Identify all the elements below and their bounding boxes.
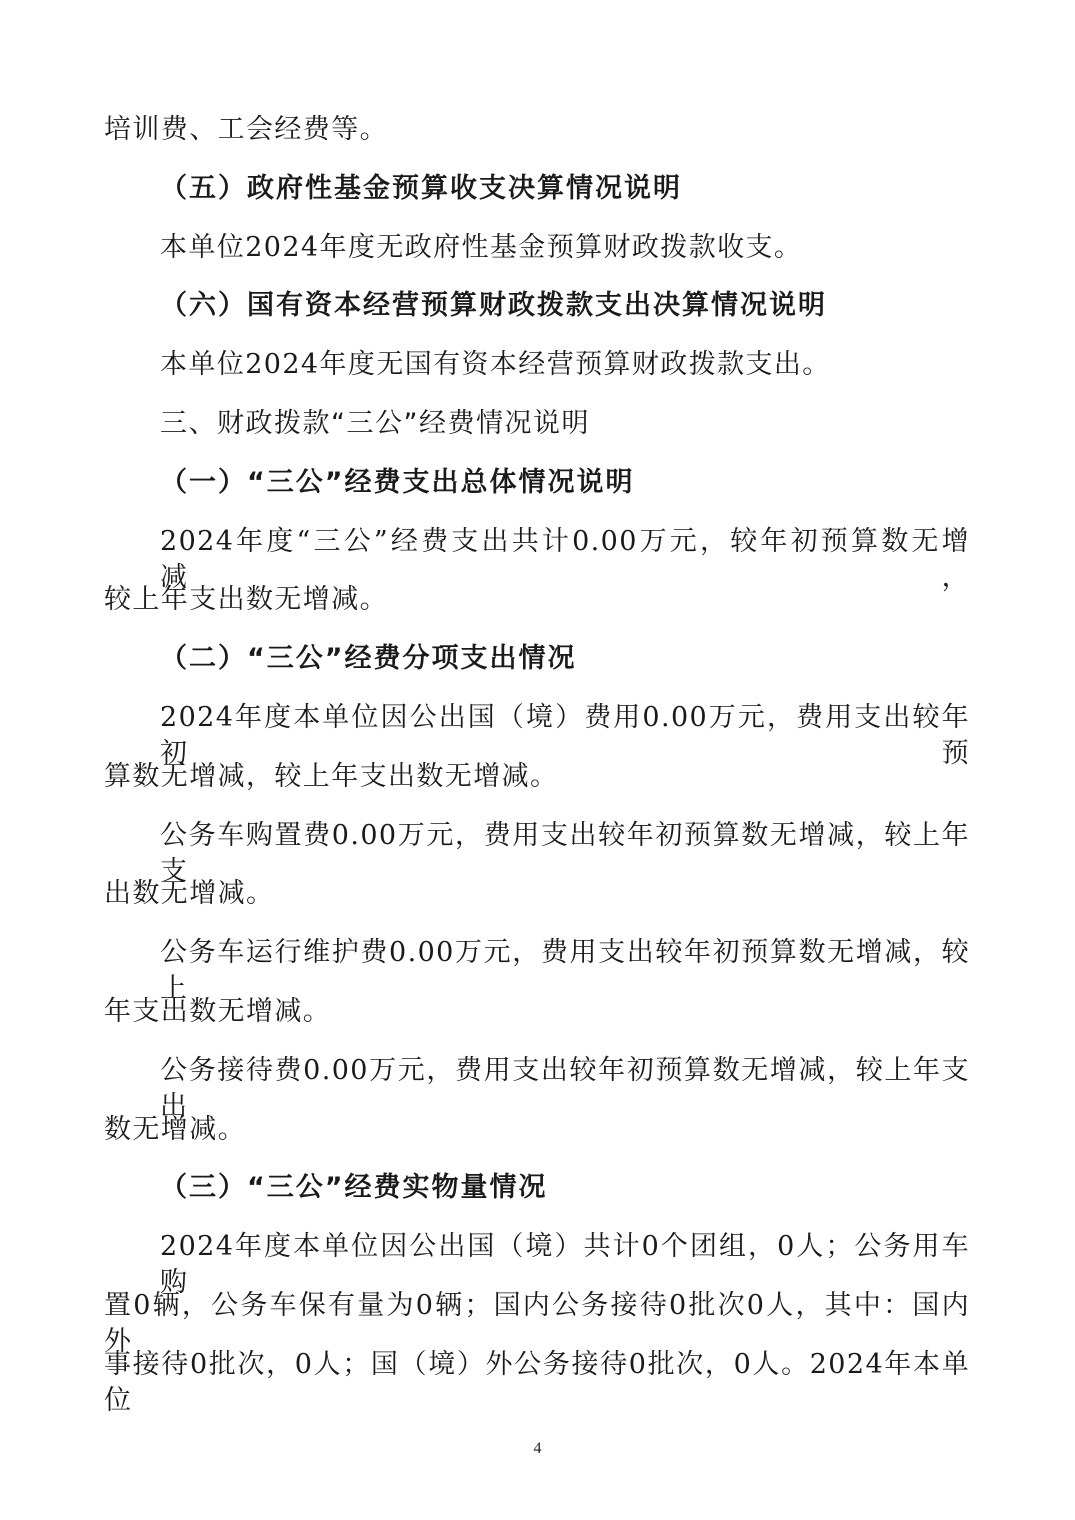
subheading-overall-expenses: （一）“三公”经费支出总体情况说明 bbox=[160, 465, 970, 501]
subheading-itemized-expenses: （二）“三公”经费分项支出情况 bbox=[160, 641, 970, 677]
body-text-overseas-travel-cont: 算数无增减，较上年支出数无增减。 bbox=[104, 759, 970, 795]
body-text-vehicle-operation-cont: 年支出数无增减。 bbox=[104, 994, 970, 1030]
body-text-state-capital: 本单位2024年度无国有资本经营预算财政拨款支出。 bbox=[160, 347, 970, 383]
subheading-state-capital-budget: （六）国有资本经营预算财政拨款支出决算情况说明 bbox=[160, 288, 970, 324]
body-text-government-fund: 本单位2024年度无政府性基金预算财政拨款收支。 bbox=[160, 230, 970, 266]
body-text-vehicle-purchase-cont: 出数无增减。 bbox=[104, 876, 970, 912]
document-page: 培训费、工会经费等。 （五）政府性基金预算收支决算情况说明 本单位2024年度无… bbox=[0, 0, 1075, 1520]
subheading-government-fund-budget: （五）政府性基金预算收支决算情况说明 bbox=[160, 171, 970, 207]
body-text-continuation: 培训费、工会经费等。 bbox=[104, 112, 970, 148]
body-text-physical-quantity-cont-2: 事接待0批次，0人；国（境）外公务接待0批次，0人。2024年本单位 bbox=[104, 1347, 970, 1419]
body-text-overall-expenses-cont: 较上年支出数无增减。 bbox=[104, 582, 970, 618]
page-number: 4 bbox=[0, 1440, 1075, 1458]
body-text-reception-cont: 数无增减。 bbox=[104, 1112, 970, 1148]
section-heading-three-public-expenses: 三、财政拨款“三公”经费情况说明 bbox=[160, 406, 970, 442]
subheading-physical-quantity: （三）“三公”经费实物量情况 bbox=[160, 1170, 970, 1206]
